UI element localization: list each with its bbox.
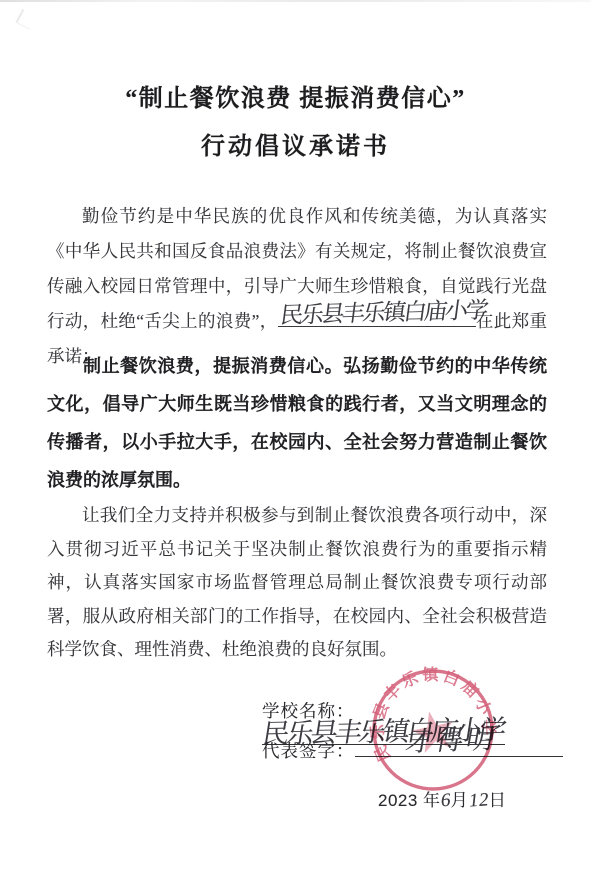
pencil-smudge-artifact bbox=[15, 9, 36, 30]
handwritten-date-month: 6 bbox=[439, 790, 451, 813]
handwritten-date-day: 12 bbox=[467, 789, 490, 812]
signature-underline: 才得明 bbox=[355, 735, 563, 757]
scan-edge-artifact bbox=[0, 0, 591, 2]
date-year: 2023 年 bbox=[378, 791, 441, 810]
paragraph-pledge: 制止餐饮浪费，提振消费信心。弘扬勤俭节约的中华传统文化，倡导广大师生既当珍惜粮食… bbox=[47, 347, 547, 499]
representative-signature-row: 代表签字：才得明 bbox=[262, 735, 563, 763]
date-row: 2023 年6月12日 bbox=[378, 786, 507, 812]
date-day-unit: 日 bbox=[489, 790, 507, 810]
document-title: “制止餐饮浪费 提振消费信心” bbox=[0, 78, 591, 113]
scanned-document-page: “制止餐饮浪费 提振消费信心” 行动倡议承诺书 勤俭节约是中华民族的优良作风和传… bbox=[0, 0, 591, 886]
document-subtitle: 行动倡议承诺书 bbox=[0, 126, 591, 161]
paragraph-action: 让我们全力支持并积极参与到制止餐饮浪费各项行动中，深入贯彻习近平总书记关于坚决制… bbox=[47, 499, 547, 667]
handwritten-signature: 才得明 bbox=[403, 717, 501, 759]
handwritten-school-name-inline: 民乐县丰乐镇白庙小学 bbox=[278, 293, 488, 333]
school-name-blank-line: 民乐县丰乐镇白庙小学 bbox=[278, 306, 476, 327]
date-month-unit: 月 bbox=[451, 790, 469, 810]
representative-signature-label: 代表签字： bbox=[262, 741, 355, 761]
